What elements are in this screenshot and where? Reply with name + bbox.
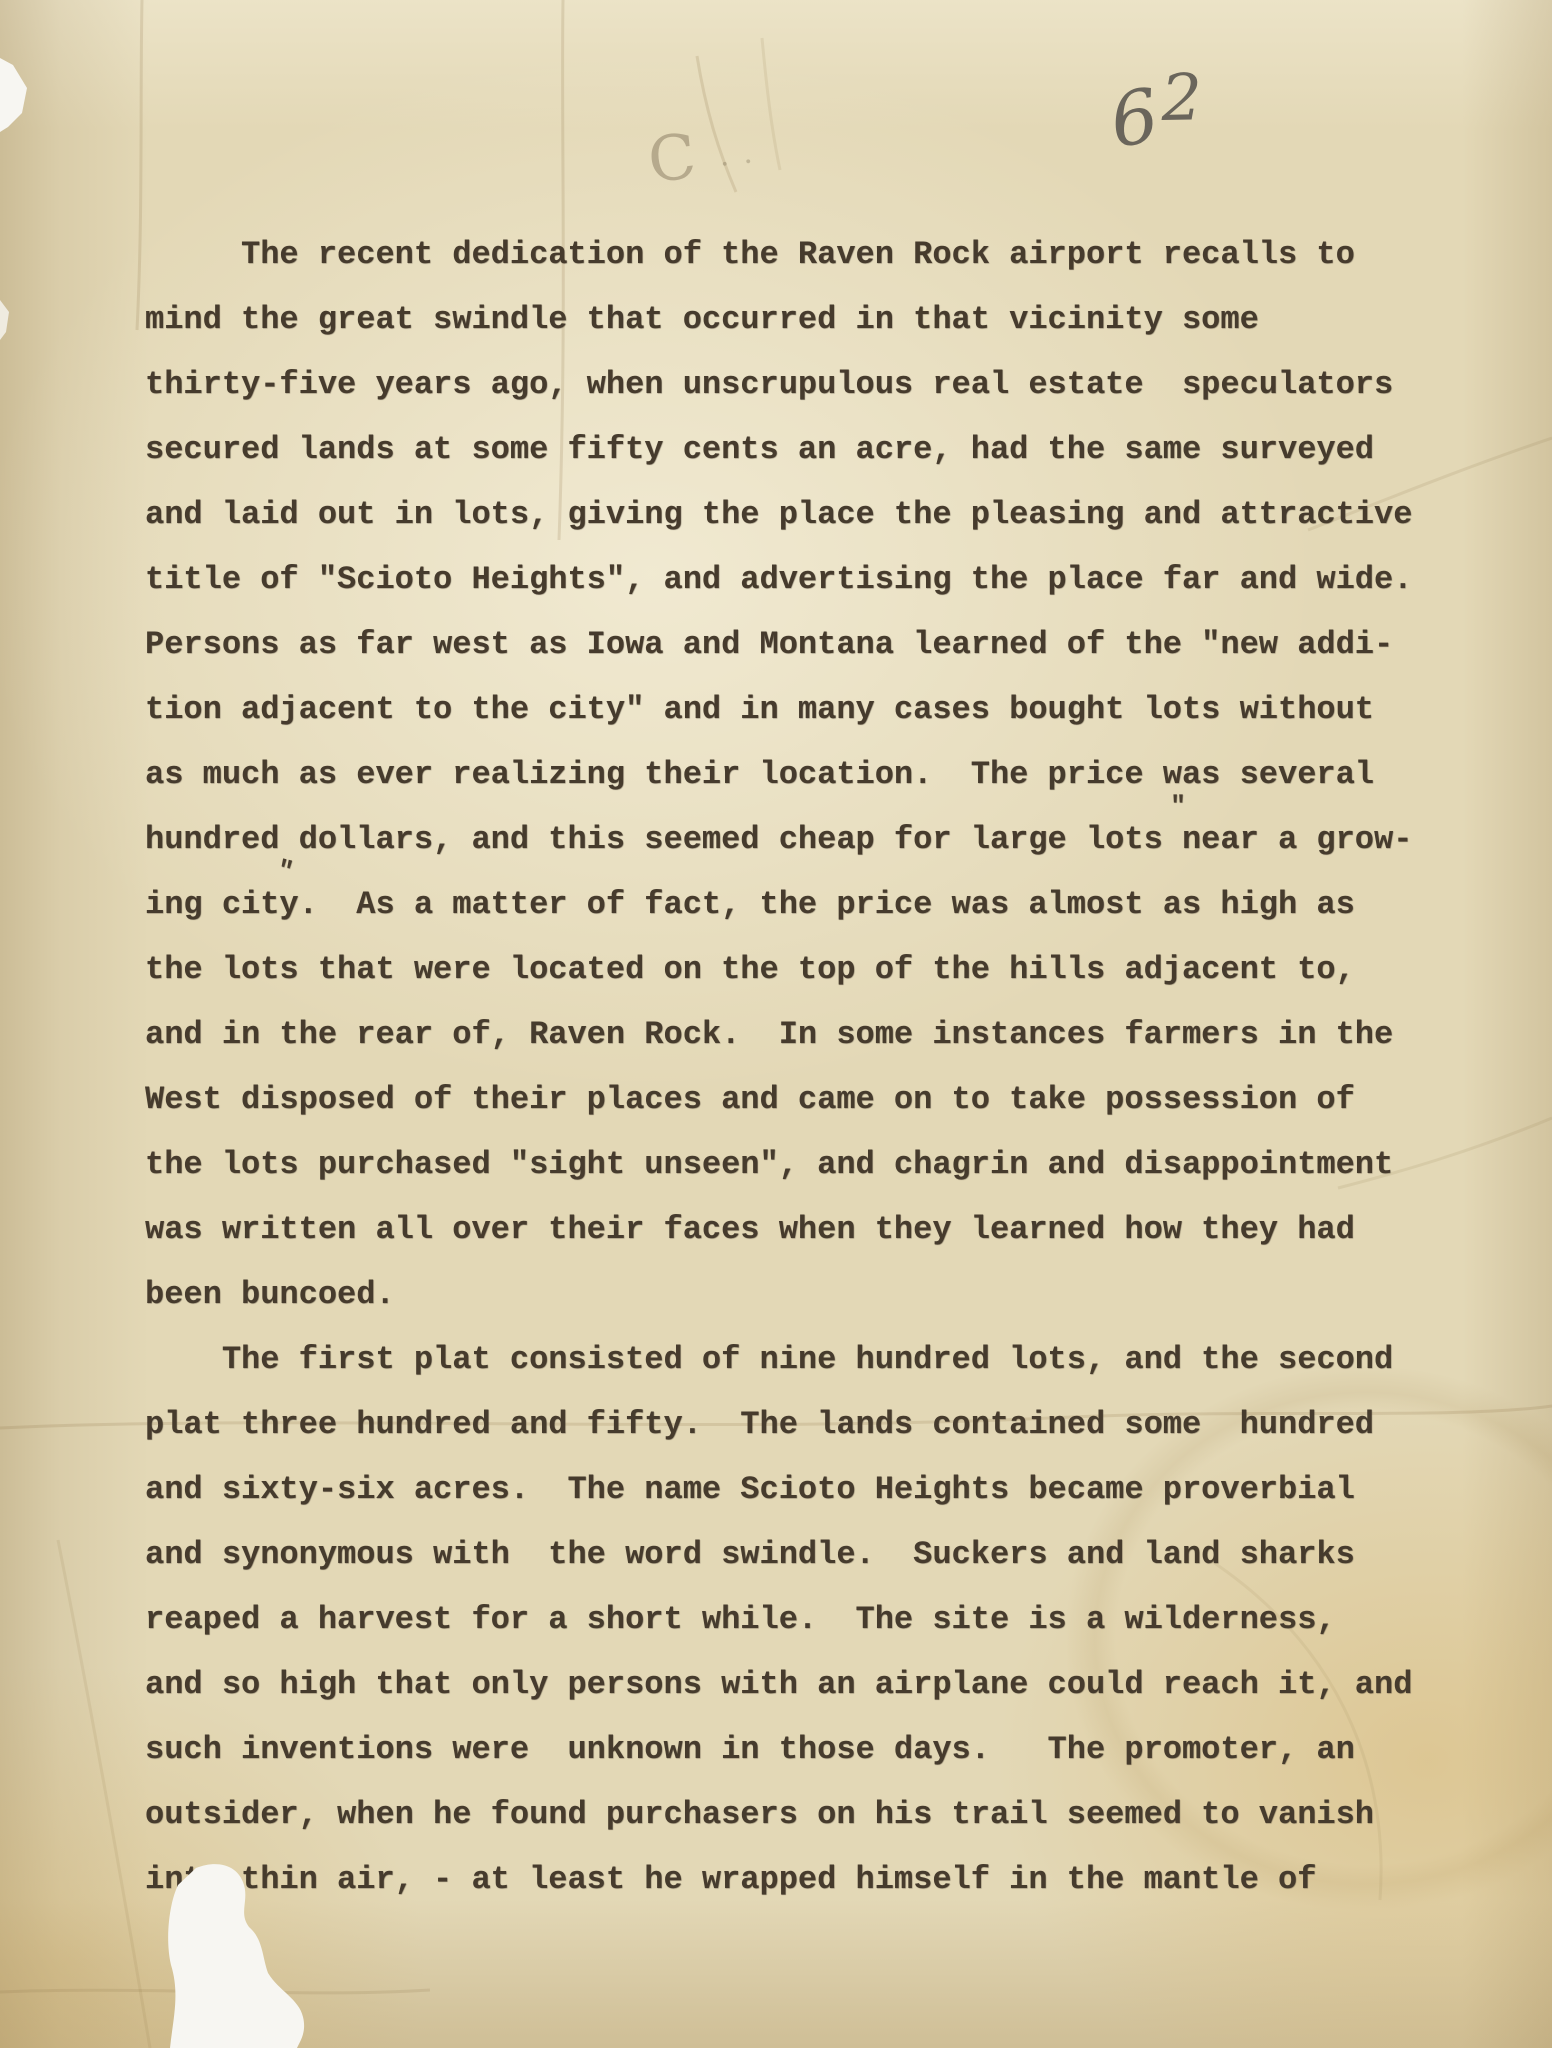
torn-paper-areas xyxy=(0,0,1552,2048)
tear-left-edge xyxy=(0,58,27,132)
tear-bottom-left xyxy=(168,1864,304,2048)
scanned-document: { "page": { "page_number": "62", "faint_… xyxy=(0,0,1552,2048)
document-page: C 62 The recent dedication of the Raven … xyxy=(0,0,1552,2048)
tear-left-edge-small xyxy=(0,300,9,340)
